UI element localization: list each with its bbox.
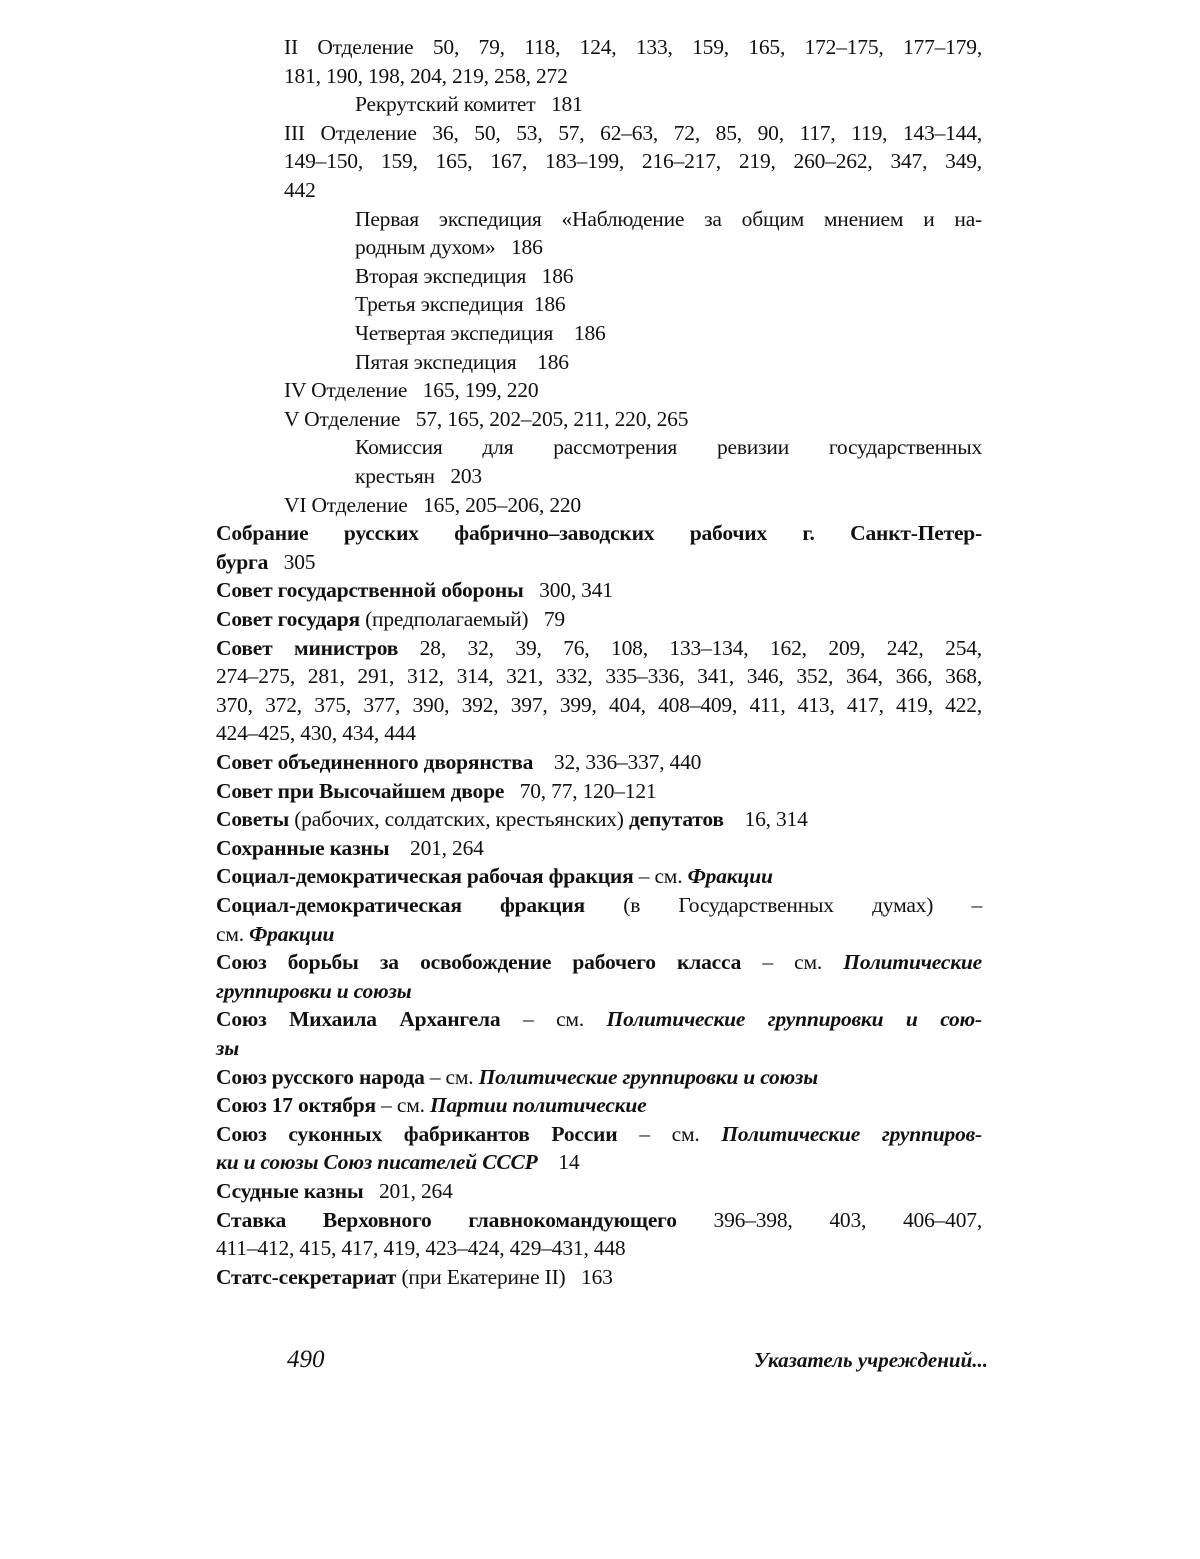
entry-heading: Совет министров (216, 636, 398, 660)
index-line: II Отделение 50, 79, 118, 124, 133, 159,… (284, 33, 982, 61)
index-line: Вторая экспедиция 186 (355, 262, 573, 290)
index-line: группировки и союзы (216, 977, 411, 1005)
entry-heading: Союз 17 октября (216, 1093, 376, 1117)
entry-heading: Совет объединенного дворянства (216, 750, 533, 774)
index-line: Союз русского народа – см. Политические … (216, 1063, 818, 1091)
cross-reference: Фракции (249, 922, 334, 946)
page-refs: 14 (538, 1150, 580, 1174)
page-number: 490 (287, 1346, 325, 1374)
index-line: Социал-демократическая рабочая фракция –… (216, 862, 773, 890)
index-line: Рекрутский комитет 181 (355, 90, 583, 118)
entry-heading: Совет государя (216, 607, 360, 631)
index-line: Советы (рабочих, солдатских, крестьянски… (216, 805, 808, 833)
index-line: Совет государственной обороны 300, 341 (216, 576, 613, 604)
entry-heading: Союз Михаила Архангела (216, 1007, 500, 1031)
page-refs: (в Государственных думах) – (585, 893, 982, 917)
index-line: Совет объединенного дворянства 32, 336–3… (216, 748, 701, 776)
index-line: родным духом» 186 (355, 233, 543, 261)
index-line: см. Фракции (216, 920, 334, 948)
entry-heading: Собрание русских фабрично–заводских рабо… (216, 521, 982, 545)
page-refs: VI Отделение 165, 205–206, 220 (284, 493, 581, 517)
page-refs: 274–275, 281, 291, 312, 314, 321, 332, 3… (216, 664, 982, 688)
page-refs: 32, 336–337, 440 (533, 750, 701, 774)
index-line: крестьян 203 (355, 462, 482, 490)
index-line: 274–275, 281, 291, 312, 314, 321, 332, 3… (216, 662, 982, 690)
index-line: 442 (284, 176, 316, 204)
index-line: Четвертая экспедиция 186 (355, 319, 606, 347)
entry-heading: Статс-секретариат (216, 1265, 396, 1289)
document-page: II Отделение 50, 79, 118, 124, 133, 159,… (0, 0, 1200, 1559)
page-refs: Вторая экспедиция 186 (355, 264, 573, 288)
page-refs: Комиссия для рассмотрения ревизии госуда… (355, 435, 982, 459)
page-refs: Рекрутский комитет 181 (355, 92, 583, 116)
entry-heading: Союз борьбы за освобождение рабочего кла… (216, 950, 741, 974)
cross-reference: Политические группиров- (721, 1122, 982, 1146)
page-refs: – см. (617, 1122, 721, 1146)
index-line: зы (216, 1034, 239, 1062)
cross-reference: Партии политические (430, 1093, 646, 1117)
page-refs: II Отделение 50, 79, 118, 124, 133, 159,… (284, 35, 982, 59)
page-refs: 16, 314 (724, 807, 808, 831)
page-refs: 305 (268, 550, 315, 574)
index-line: Ссудные казны 201, 264 (216, 1177, 453, 1205)
index-line: Сохранные казны 201, 264 (216, 834, 484, 862)
cross-reference: группировки и союзы (216, 979, 411, 1003)
index-line: Союз 17 октября – см. Партии политически… (216, 1091, 646, 1119)
page-refs: Третья экспедиция 186 (355, 292, 565, 316)
page-refs: 181, 190, 198, 204, 219, 258, 272 (284, 64, 568, 88)
entry-heading: депутатов (629, 807, 724, 831)
index-line: Союз суконных фабрикантов России – см. П… (216, 1120, 982, 1148)
cross-reference: Фракции (688, 864, 773, 888)
index-line: бурга 305 (216, 548, 315, 576)
entry-heading: Союз русского народа (216, 1065, 425, 1089)
index-line: Совет при Высочайшем дворе 70, 77, 120–1… (216, 777, 656, 805)
page-refs: 424–425, 430, 434, 444 (216, 721, 416, 745)
entry-heading: Советы (216, 807, 289, 831)
entry-heading: Ставка Верховного главнокомандующего (216, 1208, 677, 1232)
index-line: Совет министров 28, 32, 39, 76, 108, 133… (216, 634, 982, 662)
index-line: Собрание русских фабрично–заводских рабо… (216, 519, 982, 547)
page-refs: (при Екатерине II) 163 (396, 1265, 612, 1289)
page-refs: – см. (500, 1007, 606, 1031)
page-refs: Первая экспедиция «Наблюдение за общим м… (355, 207, 982, 231)
index-line: Статс-секретариат (при Екатерине II) 163 (216, 1263, 613, 1291)
index-line: IV Отделение 165, 199, 220 (284, 376, 538, 404)
page-refs: 300, 341 (524, 578, 613, 602)
index-line: Социал-демократическая фракция (в Госуда… (216, 891, 982, 919)
index-line: V Отделение 57, 165, 202–205, 211, 220, … (284, 405, 688, 433)
index-line: Третья экспедиция 186 (355, 290, 565, 318)
index-line: 424–425, 430, 434, 444 (216, 719, 416, 747)
page-refs: – см. (425, 1065, 479, 1089)
index-line: Пятая экспедиция 186 (355, 348, 569, 376)
page-refs: крестьян 203 (355, 464, 482, 488)
page-refs: (рабочих, солдатских, крестьянских) (289, 807, 629, 831)
index-line: 370, 372, 375, 377, 390, 392, 397, 399, … (216, 691, 982, 719)
cross-reference: Политические группировки и сою- (607, 1007, 982, 1031)
index-line: Ставка Верховного главнокомандующего 396… (216, 1206, 982, 1234)
entry-heading: Социал-демократическая фракция (216, 893, 585, 917)
page-refs: родным духом» 186 (355, 235, 543, 259)
entry-heading: Совет при Высочайшем дворе (216, 779, 504, 803)
cross-reference: зы (216, 1036, 239, 1060)
entry-heading: Социал-демократическая рабочая фракция (216, 864, 634, 888)
page-refs: 442 (284, 178, 316, 202)
index-line: 411–412, 415, 417, 419, 423–424, 429–431… (216, 1234, 625, 1262)
cross-reference: Политические группировки и союзы (479, 1065, 818, 1089)
page-refs: 70, 77, 120–121 (504, 779, 656, 803)
index-line: 181, 190, 198, 204, 219, 258, 272 (284, 62, 568, 90)
page-refs: 396–398, 403, 406–407, (677, 1208, 982, 1232)
index-line: VI Отделение 165, 205–206, 220 (284, 491, 581, 519)
page-refs: 149–150, 159, 165, 167, 183–199, 216–217… (284, 149, 982, 173)
entry-heading: Сохранные казны (216, 836, 389, 860)
page-refs: 201, 264 (389, 836, 483, 860)
page-refs: Пятая экспедиция 186 (355, 350, 569, 374)
page-refs: – см. (376, 1093, 430, 1117)
cross-reference: ки и союзы Союз писателей СССР (216, 1150, 538, 1174)
index-line: Первая экспедиция «Наблюдение за общим м… (355, 205, 982, 233)
page-refs: – см. (634, 864, 688, 888)
page-refs: 370, 372, 375, 377, 390, 392, 397, 399, … (216, 693, 982, 717)
entry-heading: Ссудные казны (216, 1179, 363, 1203)
entry-heading: Союз суконных фабрикантов России (216, 1122, 617, 1146)
page-refs: – см. (741, 950, 843, 974)
index-line: Совет государя (предполагаемый) 79 (216, 605, 565, 633)
entry-heading: Совет государственной обороны (216, 578, 524, 602)
cross-reference: Политические (843, 950, 982, 974)
entry-heading: бурга (216, 550, 268, 574)
running-title: Указатель учреждений... (754, 1348, 988, 1373)
index-line: ки и союзы Союз писателей СССР 14 (216, 1148, 579, 1176)
index-line: Союз Михаила Архангела – см. Политически… (216, 1005, 982, 1033)
page-refs: 201, 264 (363, 1179, 452, 1203)
page-refs: IV Отделение 165, 199, 220 (284, 378, 538, 402)
page-refs: III Отделение 36, 50, 53, 57, 62–63, 72,… (284, 121, 982, 145)
index-line: Комиссия для рассмотрения ревизии госуда… (355, 433, 982, 461)
page-refs: 28, 32, 39, 76, 108, 133–134, 162, 209, … (398, 636, 982, 660)
page-refs: 411–412, 415, 417, 419, 423–424, 429–431… (216, 1236, 625, 1260)
index-line: 149–150, 159, 165, 167, 183–199, 216–217… (284, 147, 982, 175)
page-refs: (предполагаемый) 79 (360, 607, 565, 631)
index-line: III Отделение 36, 50, 53, 57, 62–63, 72,… (284, 119, 982, 147)
index-line: Союз борьбы за освобождение рабочего кла… (216, 948, 982, 976)
page-refs: V Отделение 57, 165, 202–205, 211, 220, … (284, 407, 688, 431)
page-refs: см. (216, 922, 249, 946)
page-refs: Четвертая экспедиция 186 (355, 321, 606, 345)
